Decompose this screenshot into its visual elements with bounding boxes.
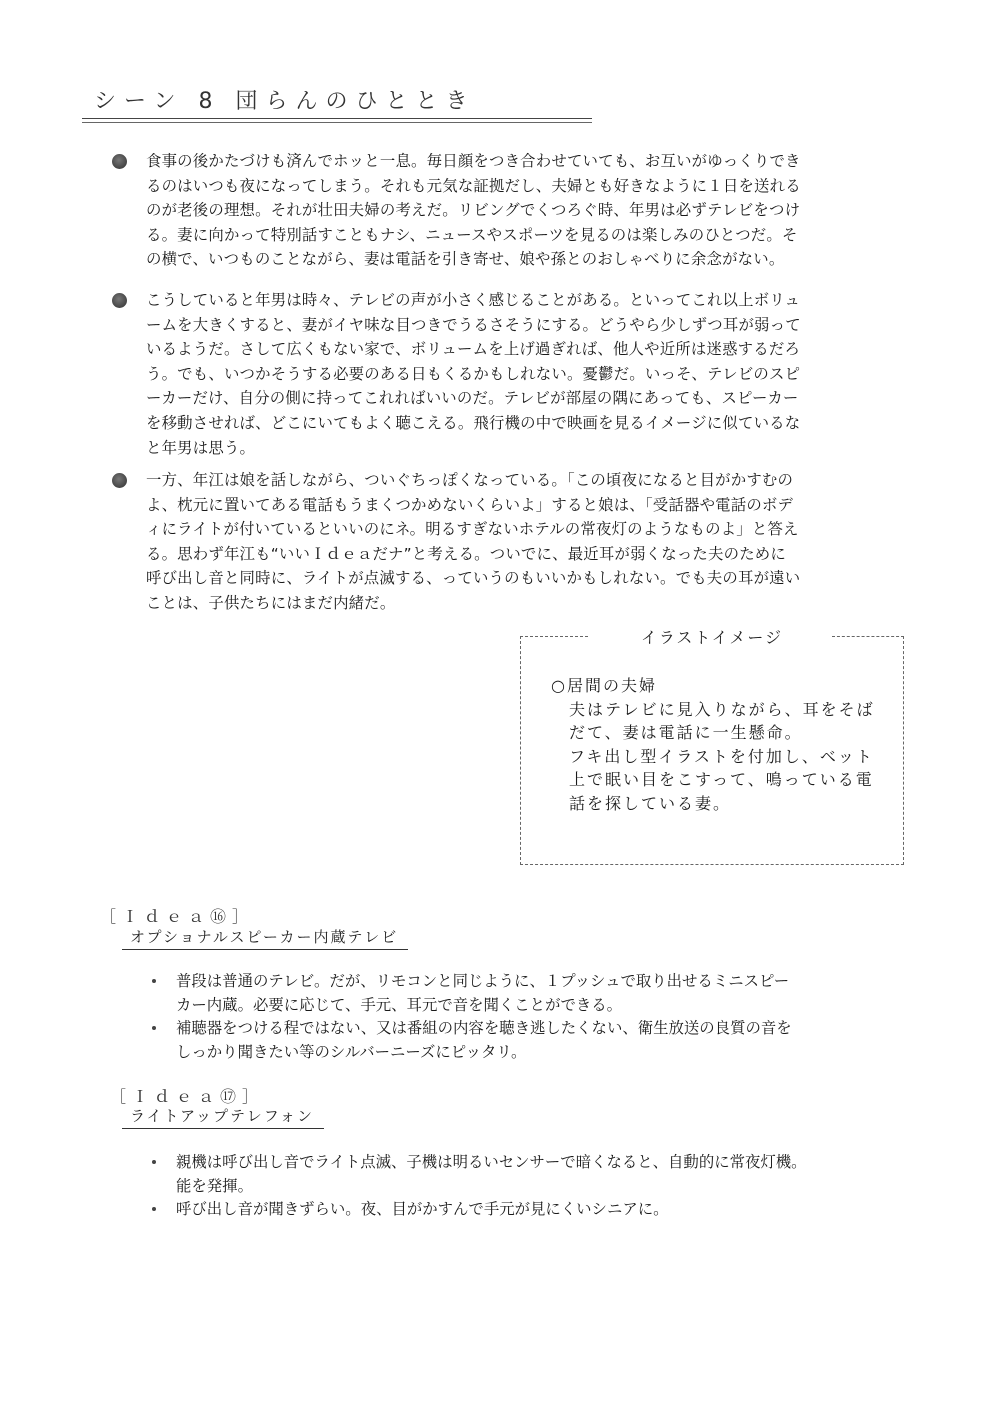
paragraph-line: の横で、いつものことながら、妻は電話を引き寄せ、娘や孫とのおしゃべりに余念がない… (146, 247, 916, 272)
title-underline-double (82, 122, 592, 123)
paragraph-line: よ、枕元に置いてある電話もうまくつかめないくらいよ」すると娘は、「受話器や電話の… (146, 493, 916, 518)
list-item-line: 親機は呼び出し音でライト点滅、子機は明るいセンサーで暗くなると、自動的に常夜灯機… (176, 1151, 932, 1175)
list-item-line: しっかり聞きたい等のシルバーニーズにピッタリ。 (176, 1041, 932, 1065)
paragraph-line: るのはいつも夜になってしまう。それも元気な証拠だし、夫婦とも好きなように１日を送… (146, 174, 916, 199)
bullet-circle-icon (112, 293, 127, 308)
paragraph-line: のが老後の理想。それが壮田夫婦の考えだ。リビングでくつろぐ時、年男は必ずテレビを… (146, 198, 916, 223)
idea-17-label: ［Ｉｄｅａ⑰］ (110, 1084, 264, 1107)
list-item: 呼び出し音が聞きずらい。夜、目がかすんで手元が見にくいシニアに。 (152, 1198, 932, 1222)
idea-16-label: ［Ｉｄｅａ⑯］ (100, 904, 254, 927)
list-item-line: 能を発揮。 (176, 1175, 932, 1199)
list-item-line: 普段は普通のテレビ。だが、リモコンと同じように、１プッシュで取り出せるミニスピー (176, 970, 932, 994)
paragraph-line: る。思わず年江も“いいＩｄｅａだナ”と考える。ついでに、最近耳が弱くなった夫のた… (146, 542, 916, 567)
paragraph-line: る。妻に向かって特別話すこともナシ、ニュースやスポーツを見るのは楽しみのひとつだ… (146, 223, 916, 248)
story-paragraph-1: 食事の後かたづけも済んでホッと一息。毎日顔をつき合わせていても、お互いがゆっくり… (146, 149, 916, 272)
illustration-line: だて、妻は電話に一生懸命。 (551, 721, 875, 745)
idea-16-list: 普段は普通のテレビ。だが、リモコンと同じように、１プッシュで取り出せるミニスピー… (152, 970, 932, 1064)
illustration-line: 夫はテレビに見入りながら、耳をそば (551, 698, 875, 722)
paragraph-line: を移動させれば、どこにいてもよく聴こえる。飛行機の中で映画を見るイメージに似てい… (146, 411, 916, 436)
bullet-circle-icon (112, 154, 127, 169)
idea-16-name: オプショナルスピーカー内蔵テレビ (122, 926, 408, 950)
illustration-heading: ○居間の夫婦 (551, 674, 875, 698)
page-title: シーン 8 団らんのひととき (82, 88, 592, 116)
list-item: 補聴器をつける程ではない、又は番組の内容を聴き逃したくない、衛生放送の良質の音を… (152, 1017, 932, 1064)
paragraph-line: いるようだ。さして広くもない家で、ボリュームを上げ過ぎれば、他人や近所は迷惑する… (146, 337, 916, 362)
paragraph-line: ィにライトが付いているといいのにネ。明るすぎないホテルの常夜灯のようなものよ」と… (146, 517, 916, 542)
list-item-line: 呼び出し音が聞きずらい。夜、目がかすんで手元が見にくいシニアに。 (176, 1198, 932, 1222)
bullet-circle-icon (112, 473, 127, 488)
title-underline (82, 118, 592, 119)
bullet-dot-icon (152, 979, 156, 983)
paragraph-line: ームを大きくすると、妻がイヤ味な目つきでうるさそうにする。どうやら少しずつ耳が弱… (146, 313, 916, 338)
list-item: 普段は普通のテレビ。だが、リモコンと同じように、１プッシュで取り出せるミニスピー… (152, 970, 932, 1017)
paragraph-line: 呼び出し音と同時に、ライトが点滅する、っていうのもいいかもしれない。でも夫の耳が… (146, 566, 916, 591)
idea-17-list: 親機は呼び出し音でライト点滅、子機は明るいセンサーで暗くなると、自動的に常夜灯機… (152, 1151, 932, 1222)
list-item-line: 補聴器をつける程ではない、又は番組の内容を聴き逃したくない、衛生放送の良質の音を (176, 1017, 932, 1041)
illustration-image-box: イラストイメージ ○居間の夫婦 夫はテレビに見入りながら、耳をそば だて、妻は電… (520, 636, 904, 865)
page-title-block: シーン 8 団らんのひととき (82, 88, 592, 123)
paragraph-line: こうしていると年男は時々、テレビの声が小さく感じることがある。といってこれ以上ボ… (146, 288, 916, 313)
illustration-line: 話を探している妻。 (551, 792, 875, 816)
illustration-line: フキ出し型イラストを付加し、ベット (551, 745, 875, 769)
illustration-title: イラストイメージ (521, 625, 903, 648)
list-item-line: カー内蔵。必要に応じて、手元、耳元で音を聞くことができる。 (176, 994, 932, 1018)
paragraph-line: ことは、子供たちにはまだ内緒だ。 (146, 591, 916, 616)
illustration-description: ○居間の夫婦 夫はテレビに見入りながら、耳をそば だて、妻は電話に一生懸命。 フ… (551, 674, 875, 815)
paragraph-line: う。でも、いつかそうする必要のある日もくるかもしれない。憂鬱だ。いっそ、テレビの… (146, 362, 916, 387)
story-paragraph-2: こうしていると年男は時々、テレビの声が小さく感じることがある。といってこれ以上ボ… (146, 288, 916, 460)
bullet-dot-icon (152, 1160, 156, 1164)
list-item: 親機は呼び出し音でライト点滅、子機は明るいセンサーで暗くなると、自動的に常夜灯機… (152, 1151, 932, 1198)
bullet-dot-icon (152, 1026, 156, 1030)
idea-17-name: ライトアップテレフォン (122, 1105, 324, 1129)
paragraph-line: と年男は思う。 (146, 436, 916, 461)
illustration-line: 上で眠い目をこすって、鳴っている電 (551, 768, 875, 792)
paragraph-line: 一方、年江は娘を話しながら、ついぐちっぽくなっている。「この頃夜になると目がかす… (146, 468, 916, 493)
story-paragraph-3: 一方、年江は娘を話しながら、ついぐちっぽくなっている。「この頃夜になると目がかす… (146, 468, 916, 616)
paragraph-line: 食事の後かたづけも済んでホッと一息。毎日顔をつき合わせていても、お互いがゆっくり… (146, 149, 916, 174)
paragraph-line: ーカーだけ、自分の側に持ってこれればいいのだ。テレビが部屋の隅にあっても、スピー… (146, 386, 916, 411)
bullet-dot-icon (152, 1207, 156, 1211)
